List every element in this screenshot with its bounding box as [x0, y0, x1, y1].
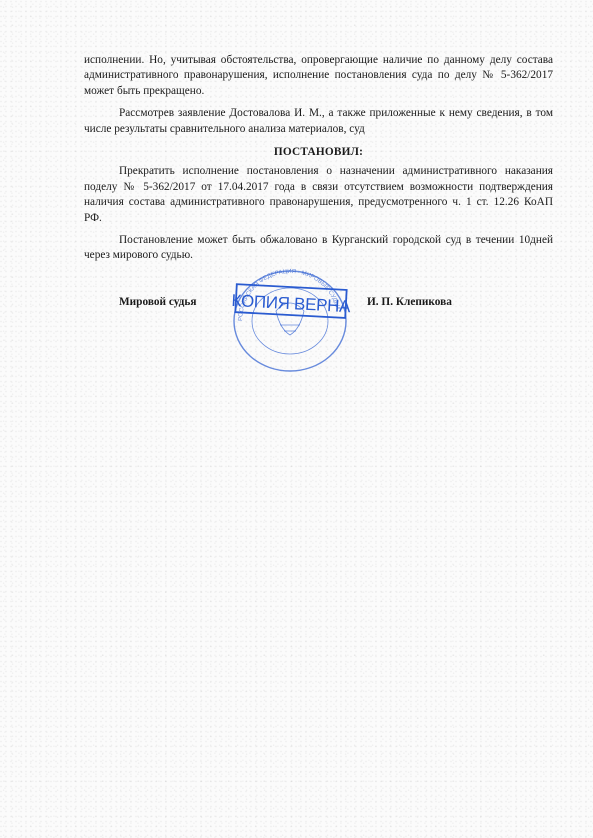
- signature-block: Мировой судья И. П. Клепикова: [119, 296, 519, 316]
- court-stamp: РОССИЙСКАЯ ФЕДЕРАЦИЯ · МИРОВЫЕ СУДЬИ КОП…: [228, 265, 352, 373]
- resolution-paragraph-appeal: Постановление может быть обжаловано в Ку…: [84, 233, 553, 264]
- judge-title: Мировой судья: [119, 296, 196, 308]
- resolution-heading: ПОСТАНОВИЛ:: [84, 145, 553, 160]
- paragraph-considered: Рассмотрев заявление Достовалова И. М., …: [84, 106, 553, 137]
- resolution-paragraph-terminate: Прекратить исполнение постановления о на…: [84, 164, 553, 226]
- document-body: исполнении. Но, учитывая обстоятельства,…: [84, 53, 553, 264]
- paragraph-continuation: исполнении. Но, учитывая обстоятельства,…: [84, 53, 553, 99]
- judge-name: И. П. Клепикова: [367, 296, 452, 308]
- stamp-seal-icon: РОССИЙСКАЯ ФЕДЕРАЦИЯ · МИРОВЫЕ СУДЬИ КОП…: [228, 265, 352, 373]
